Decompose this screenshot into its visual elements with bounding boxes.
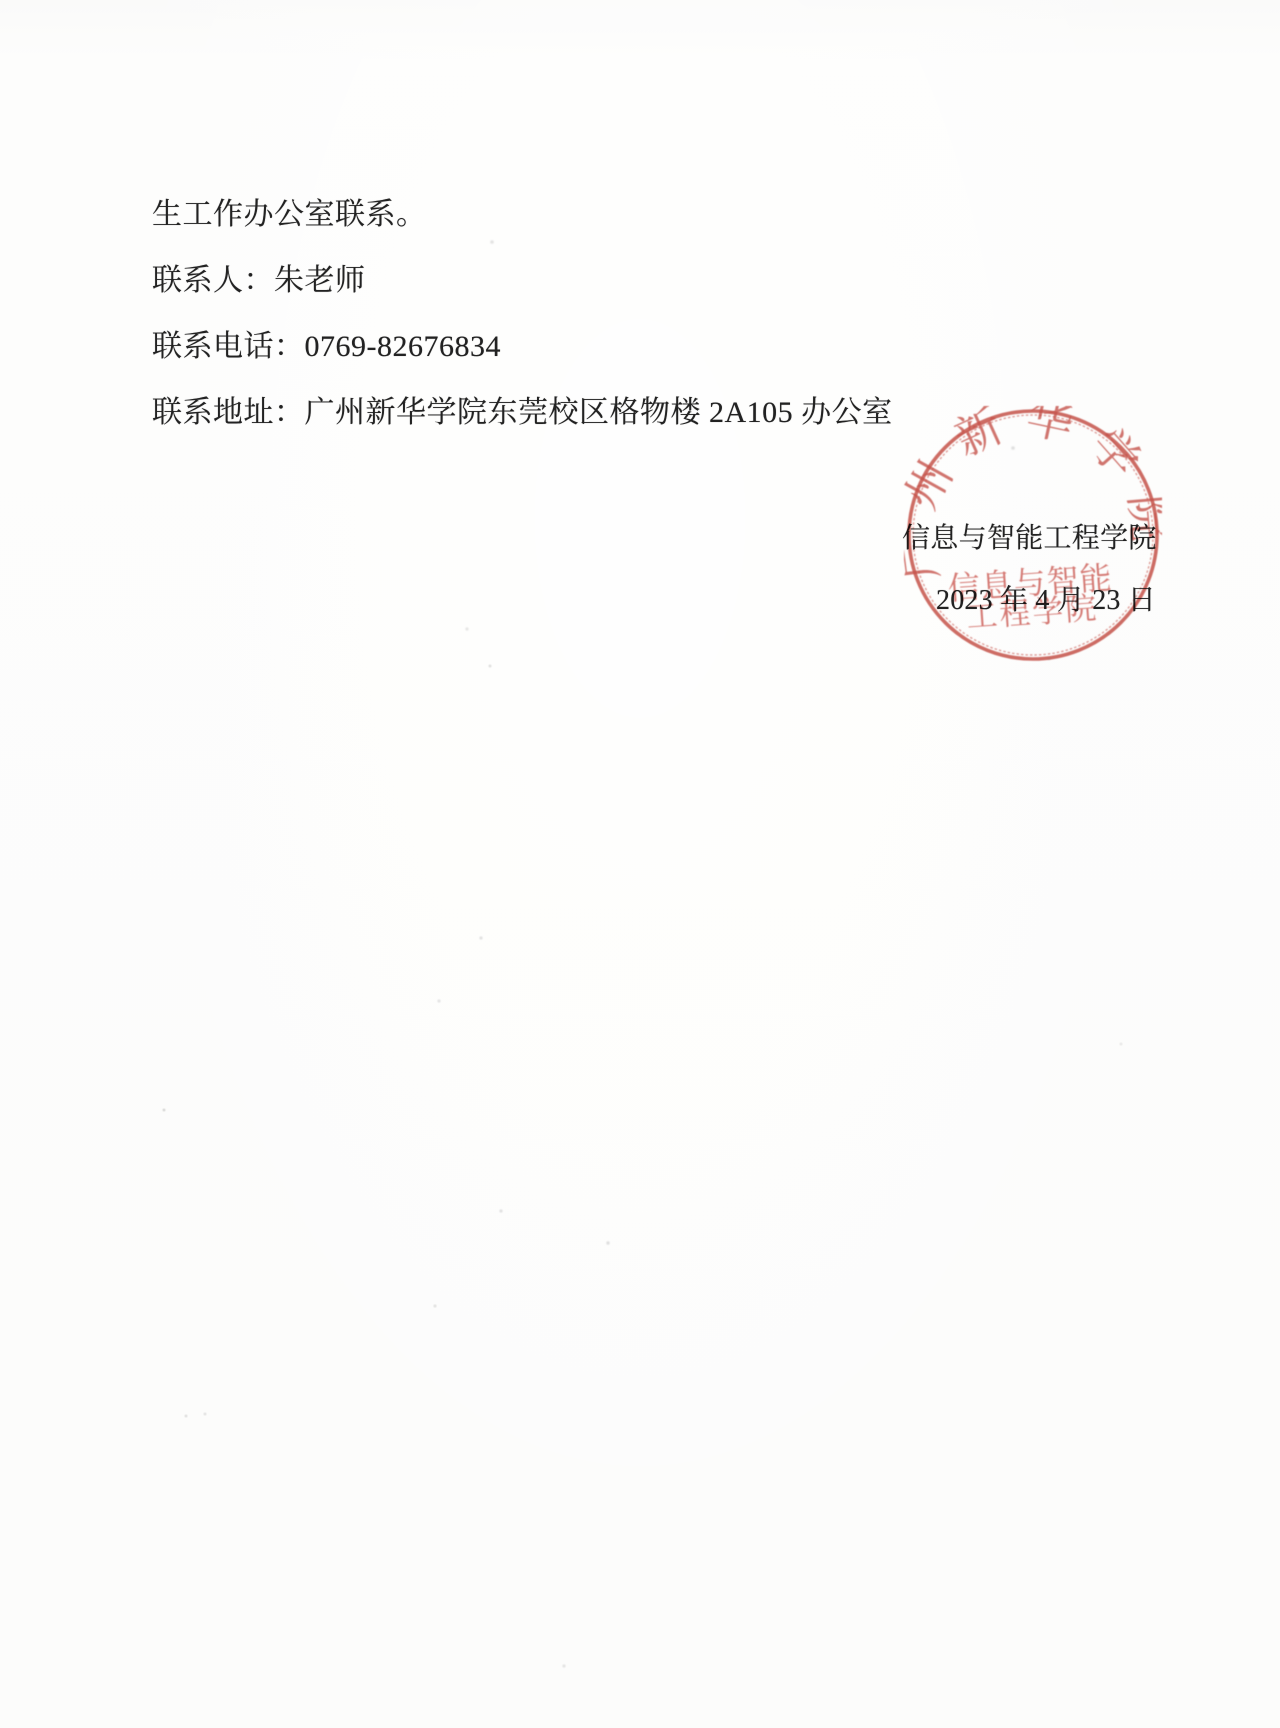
seal-ring-text: 广州新华学院	[904, 406, 1162, 583]
seal-graphic: 广州新华学院 信息与智能 工程学院	[904, 406, 1162, 664]
contact-person-line: 联系人：朱老师	[152, 263, 366, 299]
contact-address-line: 联系地址：广州新华学院东莞校区格物楼 2A105 办公室	[152, 395, 893, 431]
body-line-continuation: 生工作办公室联系。	[152, 197, 427, 233]
official-red-seal: 广州新华学院 信息与智能 工程学院	[904, 406, 1162, 664]
scanned-document-page: 生工作办公室联系。 联系人：朱老师 联系电话：0769-82676834 联系地…	[0, 0, 1280, 1728]
scan-speckles	[0, 0, 2, 2]
contact-phone-line: 联系电话：0769-82676834	[152, 329, 501, 365]
